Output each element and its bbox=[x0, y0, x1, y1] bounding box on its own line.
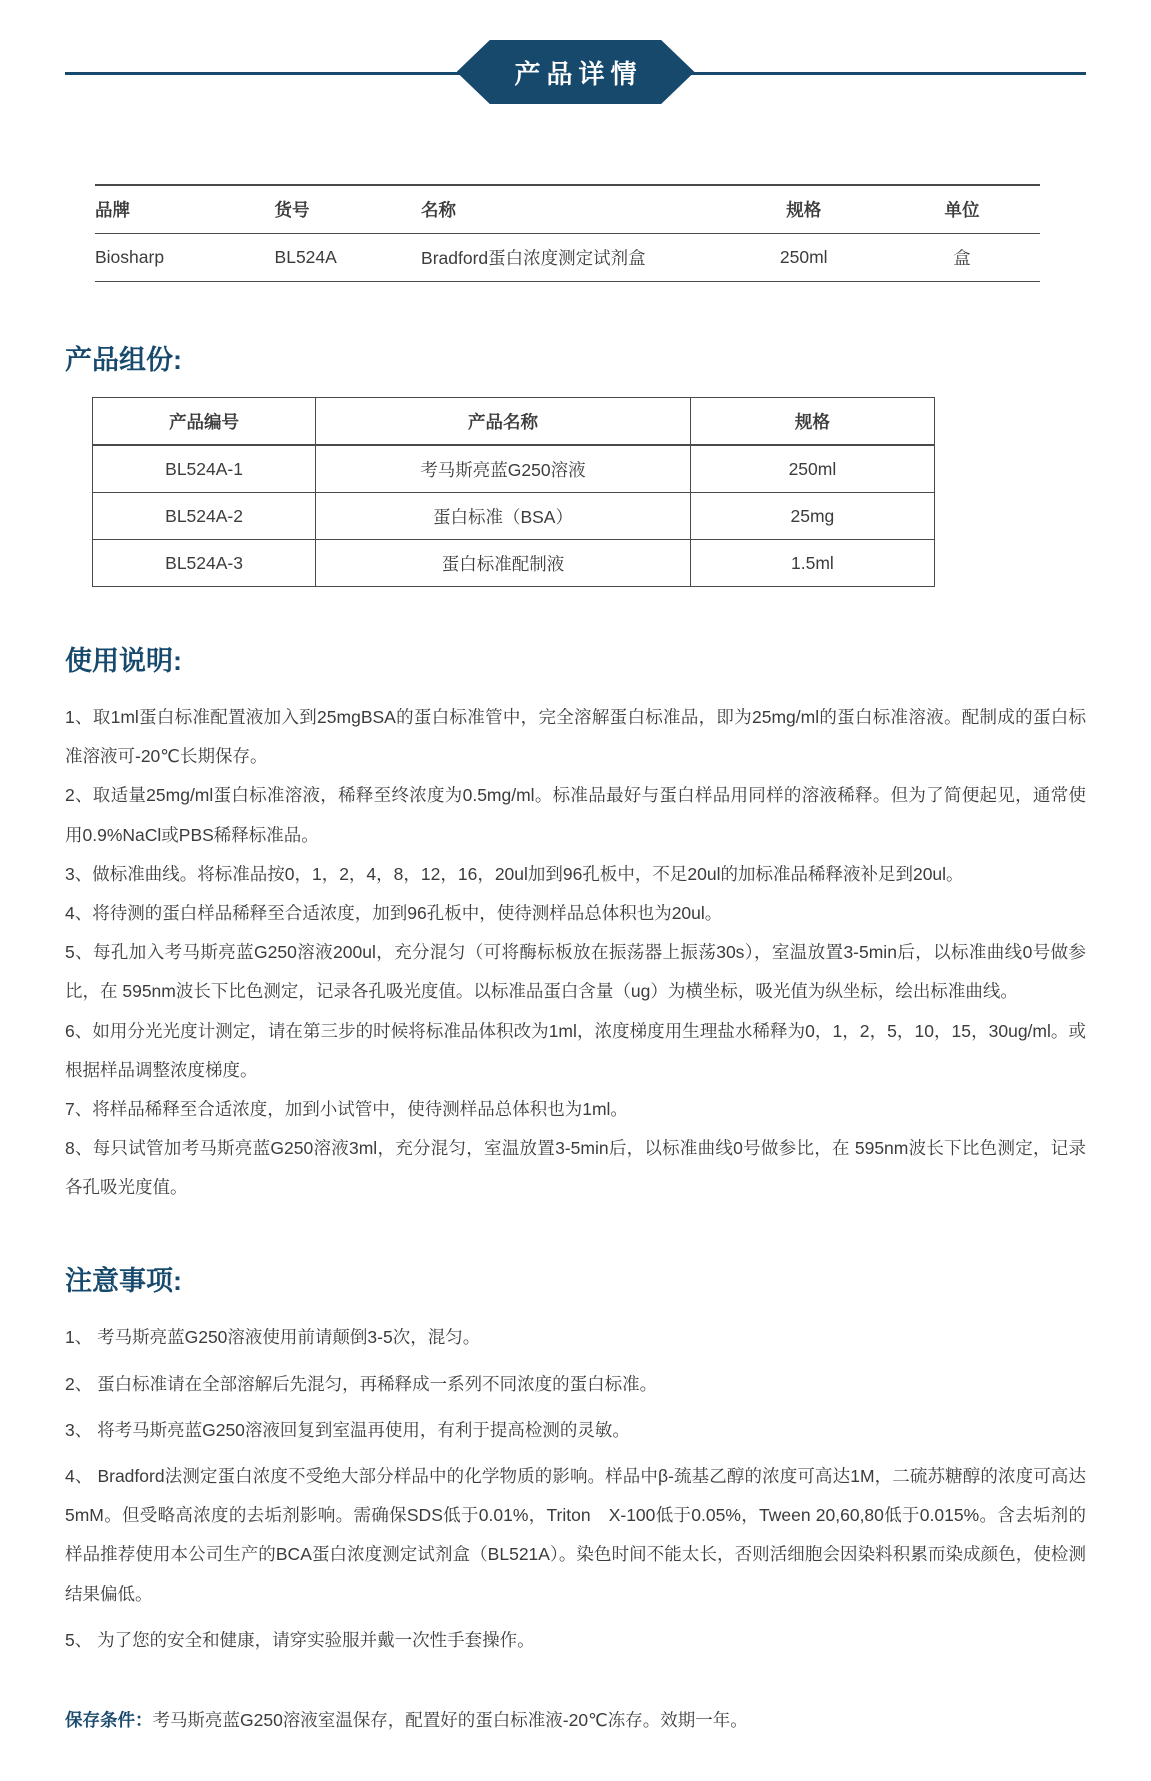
info-cell-spec: 250ml bbox=[723, 234, 884, 282]
product-info-table: 品牌 货号 名称 规格 单位 Biosharp BL524A Bradford蛋… bbox=[95, 184, 1040, 282]
comp-header-code: 产品编号 bbox=[93, 398, 316, 446]
info-header-brand: 品牌 bbox=[95, 185, 275, 234]
info-cell-brand: Biosharp bbox=[95, 234, 275, 282]
info-header-name: 名称 bbox=[421, 185, 723, 234]
info-header-spec: 规格 bbox=[723, 185, 884, 234]
page-title-badge: 产品详情 bbox=[457, 40, 695, 104]
components-header-row: 产品编号 产品名称 规格 bbox=[93, 398, 935, 446]
comp-header-name: 产品名称 bbox=[316, 398, 691, 446]
comp-header-spec: 规格 bbox=[690, 398, 934, 446]
notes-list: 1、 考马斯亮蓝G250溶液使用前请颠倒3-5次，混匀。 2、 蛋白标准请在全部… bbox=[65, 1318, 1086, 1660]
components-heading: 产品组份: bbox=[65, 338, 1086, 377]
storage-label: 保存条件： bbox=[65, 1710, 153, 1730]
note-item-1: 1、 考马斯亮蓝G250溶液使用前请颠倒3-5次，混匀。 bbox=[65, 1318, 1086, 1357]
info-cell-unit: 盒 bbox=[884, 234, 1040, 282]
product-detail-page: 产品详情 品牌 货号 名称 规格 单位 Biosharp BL524A Brad… bbox=[0, 0, 1151, 1781]
comp-cell-spec: 25mg bbox=[690, 493, 934, 540]
instruction-item-4: 4、将待测的蛋白样品稀释至合适浓度，加到96孔板中，使待测样品总体积也为20ul… bbox=[65, 894, 1086, 933]
comp-cell-code: BL524A-3 bbox=[93, 540, 316, 587]
note-item-3: 3、 将考马斯亮蓝G250溶液回复到室温再使用，有利于提高检测的灵敏。 bbox=[65, 1411, 1086, 1450]
instruction-item-2: 2、取适量25mg/ml蛋白标准溶液，稀释至终浓度为0.5mg/ml。标准品最好… bbox=[65, 776, 1086, 854]
comp-cell-code: BL524A-2 bbox=[93, 493, 316, 540]
storage-conditions: 保存条件：考马斯亮蓝G250溶液室温保存，配置好的蛋白标准液-20℃冻存。效期一… bbox=[65, 1706, 1086, 1734]
info-table-row: Biosharp BL524A Bradford蛋白浓度测定试剂盒 250ml … bbox=[95, 234, 1040, 282]
components-table: 产品编号 产品名称 规格 BL524A-1 考马斯亮蓝G250溶液 250ml … bbox=[92, 397, 935, 587]
info-cell-name: Bradford蛋白浓度测定试剂盒 bbox=[421, 234, 723, 282]
instructions-heading: 使用说明: bbox=[65, 639, 1086, 678]
table-row: BL524A-2 蛋白标准（BSA） 25mg bbox=[93, 493, 935, 540]
info-header-unit: 单位 bbox=[884, 185, 1040, 234]
info-header-sku: 货号 bbox=[275, 185, 421, 234]
instruction-item-1: 1、取1ml蛋白标准配置液加入到25mgBSA的蛋白标准管中，完全溶解蛋白标准品… bbox=[65, 698, 1086, 776]
notes-heading: 注意事项: bbox=[65, 1259, 1086, 1298]
storage-text: 考马斯亮蓝G250溶液室温保存，配置好的蛋白标准液-20℃冻存。效期一年。 bbox=[153, 1710, 748, 1730]
instruction-item-5: 5、每孔加入考马斯亮蓝G250溶液200ul，充分混匀（可将酶标板放在振荡器上振… bbox=[65, 933, 1086, 1011]
page-title: 产品详情 bbox=[508, 54, 642, 91]
banner: 产品详情 bbox=[65, 40, 1086, 104]
instruction-item-8: 8、每只试管加考马斯亮蓝G250溶液3ml，充分混匀，室温放置3-5min后，以… bbox=[65, 1129, 1086, 1207]
comp-cell-code: BL524A-1 bbox=[93, 445, 316, 493]
comp-cell-name: 蛋白标准配制液 bbox=[316, 540, 691, 587]
note-item-5: 5、 为了您的安全和健康，请穿实验服并戴一次性手套操作。 bbox=[65, 1621, 1086, 1660]
info-table-header-row: 品牌 货号 名称 规格 单位 bbox=[95, 185, 1040, 234]
instruction-item-6: 6、如用分光光度计测定，请在第三步的时候将标准品体积改为1ml，浓度梯度用生理盐… bbox=[65, 1012, 1086, 1090]
instructions-list: 1、取1ml蛋白标准配置液加入到25mgBSA的蛋白标准管中，完全溶解蛋白标准品… bbox=[65, 698, 1086, 1207]
table-row: BL524A-1 考马斯亮蓝G250溶液 250ml bbox=[93, 445, 935, 493]
comp-cell-spec: 1.5ml bbox=[690, 540, 934, 587]
table-row: BL524A-3 蛋白标准配制液 1.5ml bbox=[93, 540, 935, 587]
comp-cell-spec: 250ml bbox=[690, 445, 934, 493]
comp-cell-name: 考马斯亮蓝G250溶液 bbox=[316, 445, 691, 493]
instruction-item-3: 3、做标准曲线。将标准品按0，1，2，4，8，12，16，20ul加到96孔板中… bbox=[65, 855, 1086, 894]
instruction-item-7: 7、将样品稀释至合适浓度，加到小试管中，使待测样品总体积也为1ml。 bbox=[65, 1090, 1086, 1129]
comp-cell-name: 蛋白标准（BSA） bbox=[316, 493, 691, 540]
info-cell-sku: BL524A bbox=[275, 234, 421, 282]
note-item-2: 2、 蛋白标准请在全部溶解后先混匀，再稀释成一系列不同浓度的蛋白标准。 bbox=[65, 1365, 1086, 1404]
note-item-4: 4、 Bradford法测定蛋白浓度不受绝大部分样品中的化学物质的影响。样品中β… bbox=[65, 1457, 1086, 1614]
